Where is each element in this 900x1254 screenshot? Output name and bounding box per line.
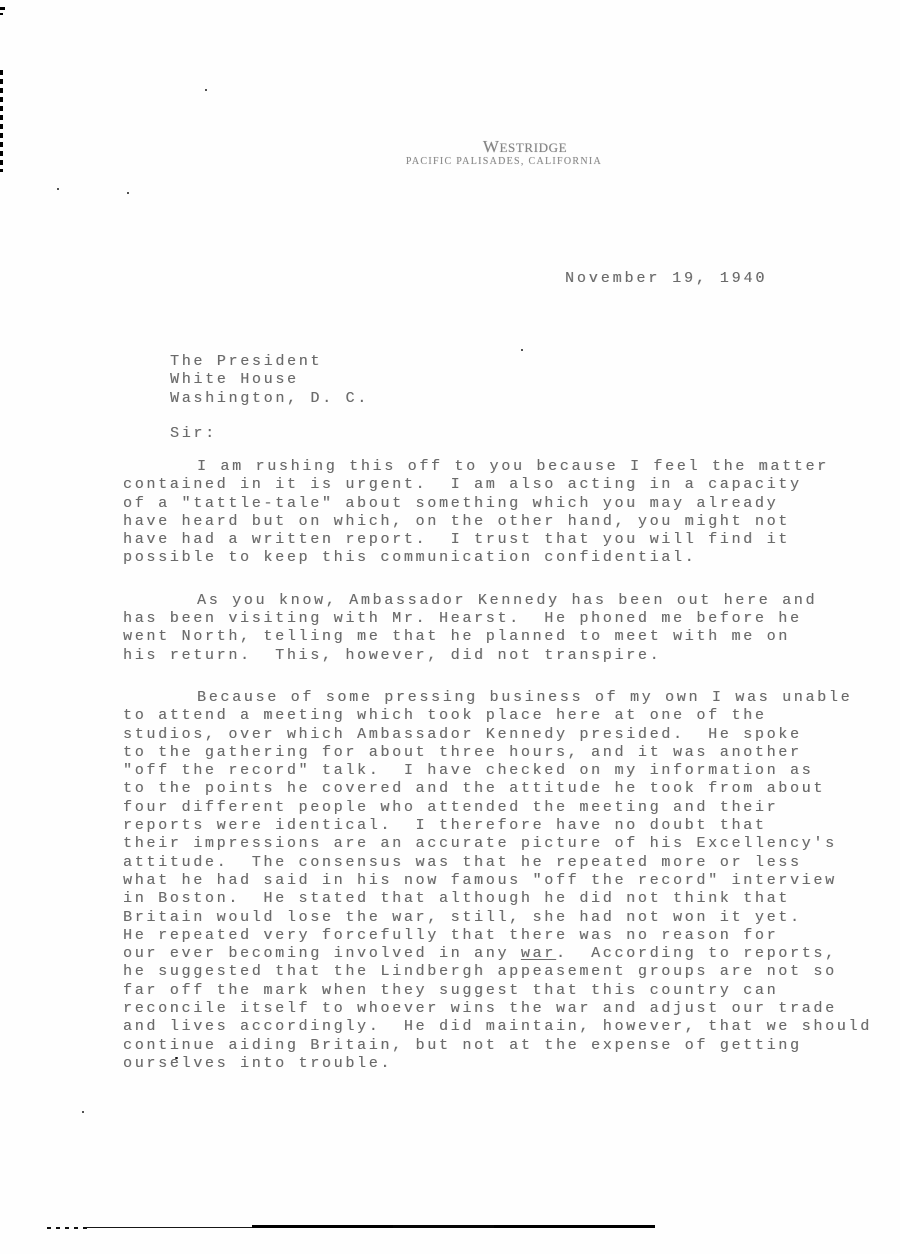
- letter-line: of a "tattle-tale" about something which…: [123, 495, 893, 513]
- letter-line: contained in it is urgent. I am also act…: [123, 476, 893, 494]
- letter-line: Washington, D. C.: [170, 390, 369, 408]
- scan-artifact-speck: [82, 1111, 84, 1113]
- letterhead-address: PACIFIC PALISADES, CALIFORNIA: [406, 156, 602, 167]
- scan-artifact-left-strip: [0, 70, 3, 172]
- scan-artifact-bottom-line: [87, 1227, 252, 1228]
- paragraph: As you know, Ambassador Kennedy has been…: [123, 592, 893, 665]
- letter-line: has been visiting with Mr. Hearst. He ph…: [123, 610, 893, 628]
- scan-artifact-edge-mark: [0, 13, 3, 15]
- letter-line: reconcile itself to whoever wins the war…: [123, 1000, 893, 1018]
- scan-artifact-speck: [127, 192, 129, 194]
- letter-line: ourselves into trouble.: [123, 1055, 893, 1073]
- letter-line: possible to keep this communication conf…: [123, 549, 893, 567]
- letterhead-name: WESTRIDGE: [483, 137, 567, 157]
- letter-line: have had a written report. I trust that …: [123, 531, 893, 549]
- scan-artifact-bottom-line: [47, 1227, 87, 1229]
- letter-line: to the points he covered and the attitud…: [123, 780, 893, 798]
- letter-line: far off the mark when they suggest that …: [123, 982, 893, 1000]
- paragraph: I am rushing this off to you because I f…: [123, 458, 893, 568]
- scan-artifact-edge-mark: [0, 7, 5, 10]
- paragraph: Because of some pressing business of my …: [123, 689, 893, 1073]
- letter-line: Because of some pressing business of my …: [123, 689, 893, 707]
- letter-line: studios, over which Ambassador Kennedy p…: [123, 726, 893, 744]
- letter-line: his return. This, however, did not trans…: [123, 647, 893, 665]
- recipient-block: The PresidentWhite HouseWashington, D. C…: [170, 353, 369, 408]
- letter-line: He repeated very forcefully that there w…: [123, 927, 893, 945]
- letter-line: our ever becoming involved in any war. A…: [123, 945, 893, 963]
- scan-artifact-speck: [57, 188, 59, 190]
- letter-line: have heard but on which, on the other ha…: [123, 513, 893, 531]
- letter-line: "off the record" talk. I have checked on…: [123, 762, 893, 780]
- letter-line: went North, telling me that he planned t…: [123, 628, 893, 646]
- letter-line: Britain would lose the war, still, she h…: [123, 909, 893, 927]
- letter-line: four different people who attended the m…: [123, 799, 893, 817]
- letter-line: reports were identical. I therefore have…: [123, 817, 893, 835]
- letter-line: continue aiding Britain, but not at the …: [123, 1037, 893, 1055]
- date-line: November 19, 1940: [565, 270, 767, 288]
- letter-body: I am rushing this off to you because I f…: [123, 458, 893, 1097]
- scan-artifact-speck: [521, 349, 523, 351]
- letter-line: to the gathering for about three hours, …: [123, 744, 893, 762]
- letter-line: and lives accordingly. He did maintain, …: [123, 1018, 893, 1036]
- scanned-letter-page: WESTRIDGE PACIFIC PALISADES, CALIFORNIA …: [0, 0, 900, 1254]
- letter-line: The President: [170, 353, 369, 371]
- letter-line: their impressions are an accurate pictur…: [123, 835, 893, 853]
- letter-line: As you know, Ambassador Kennedy has been…: [123, 592, 893, 610]
- letter-line: in Boston. He stated that although he di…: [123, 890, 893, 908]
- scan-artifact-bottom-line: [252, 1225, 655, 1228]
- letter-line: what he had said in his now famous "off …: [123, 872, 893, 890]
- letter-line: he suggested that the Lindbergh appeasem…: [123, 963, 893, 981]
- letter-line: to attend a meeting which took place her…: [123, 707, 893, 725]
- letter-line: I am rushing this off to you because I f…: [123, 458, 893, 476]
- letter-line: White House: [170, 371, 369, 389]
- scan-artifact-speck: [205, 89, 207, 91]
- salutation: Sir:: [170, 425, 217, 443]
- letter-line: attitude. The consensus was that he repe…: [123, 854, 893, 872]
